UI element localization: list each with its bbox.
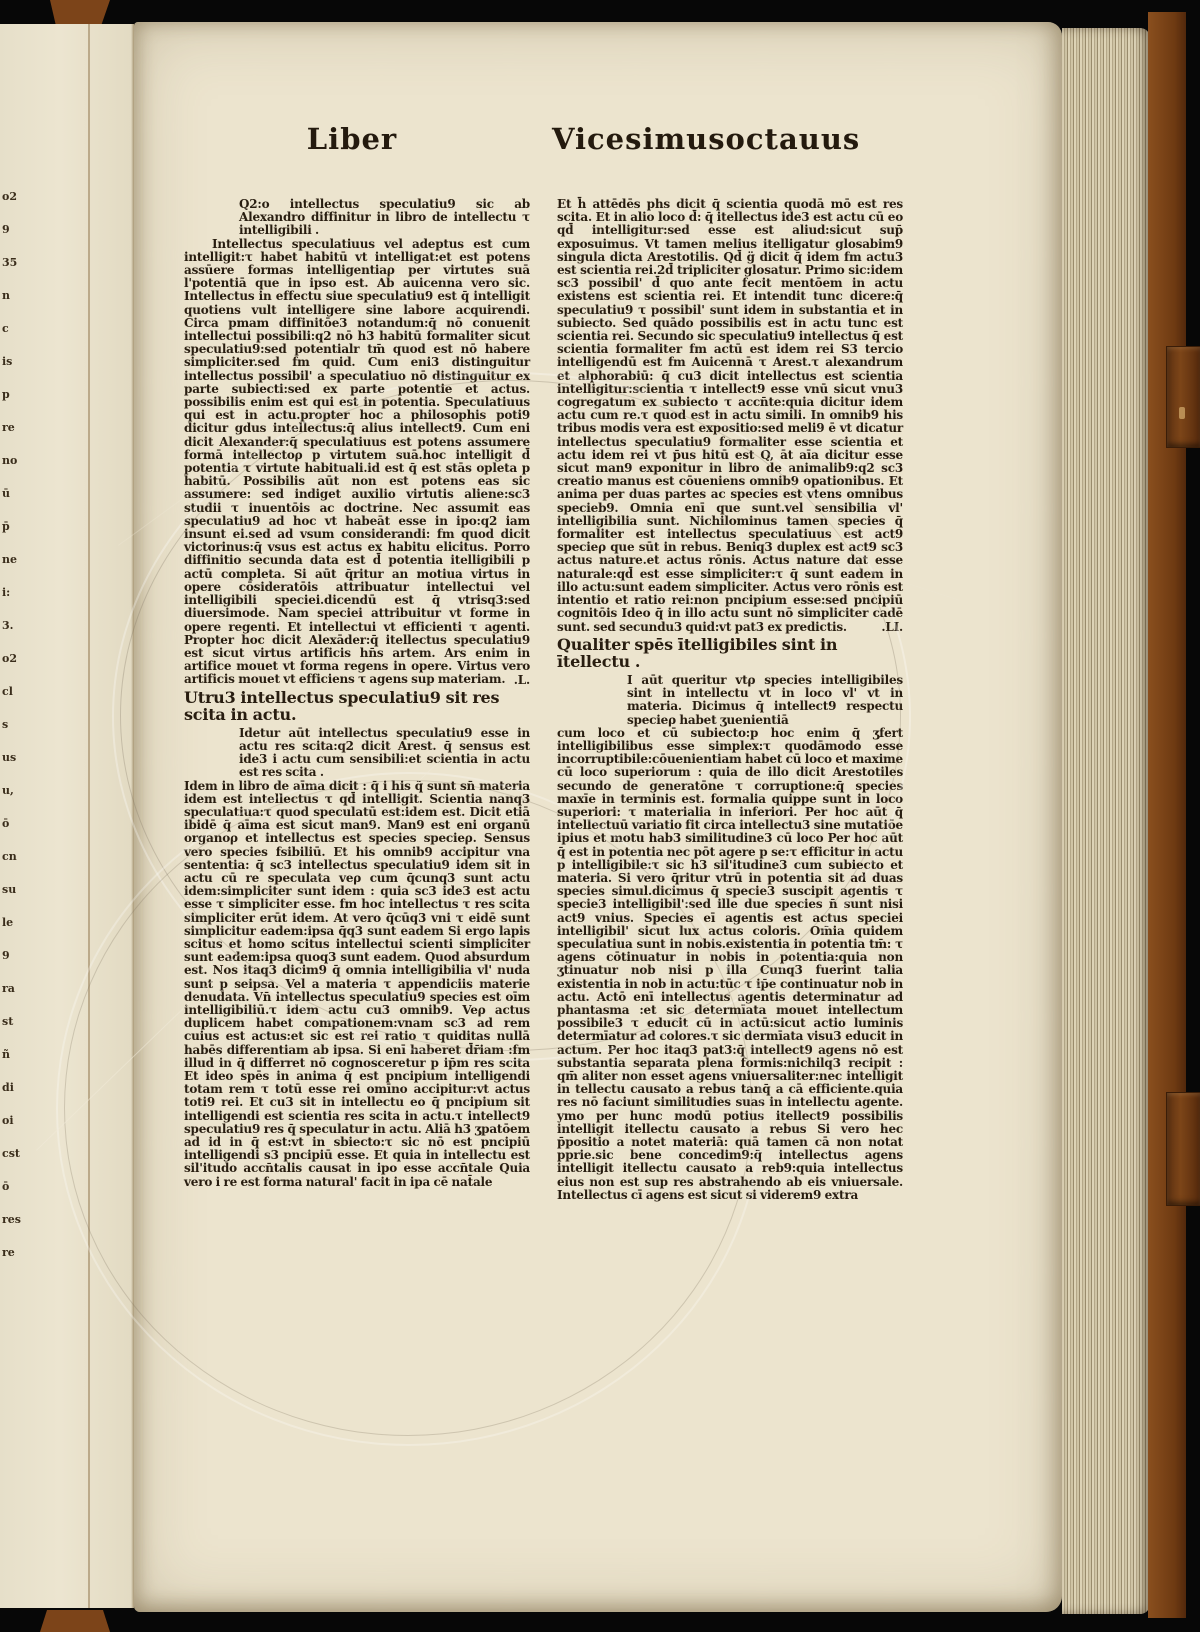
text-fragment: ra bbox=[2, 972, 28, 1005]
text-fragment: cl bbox=[2, 675, 28, 708]
text-fragment: ñ bbox=[2, 1038, 28, 1071]
text-fragment: 9 bbox=[2, 939, 28, 972]
book-clasp bbox=[1166, 1092, 1200, 1206]
book-page: Liber Vicesimusoctauus Q2:o intellectus … bbox=[134, 22, 1062, 1612]
text-fragment: cn bbox=[2, 840, 28, 873]
text-paragraph: Idem in libro de aīma dicit : q̄ i his q… bbox=[184, 780, 530, 1189]
text-fragment: us bbox=[2, 741, 28, 774]
text-fragment: st bbox=[2, 1005, 28, 1038]
running-header-liber: Liber bbox=[262, 122, 442, 156]
text-paragraph: cum loco et cū subiecto:p hoc enim q̄ ʒf… bbox=[557, 727, 903, 1202]
book-clasp bbox=[1166, 346, 1200, 448]
text-fragment: oi bbox=[2, 1104, 28, 1137]
section-heading: Utru3 intellectus speculatiu9 sit res sc… bbox=[184, 689, 530, 724]
text-fragment: su bbox=[2, 873, 28, 906]
section-heading: Qualiter spēs ītelligibiles sint in ītel… bbox=[557, 636, 903, 671]
text-column-right: Et h̄ attēdēs phs dicit q̄ scientia quod… bbox=[557, 198, 903, 1202]
text-fragment: c bbox=[2, 312, 28, 345]
text-paragraph: Q2:o intellectus speculatiu9 sic ab Alex… bbox=[239, 198, 530, 238]
text-fragment: 35 bbox=[2, 246, 28, 279]
text-fragment: u, bbox=[2, 774, 28, 807]
text-fragment: is bbox=[2, 345, 28, 378]
text-fragment: p̄ bbox=[2, 510, 28, 543]
text-fragment: re bbox=[2, 411, 28, 444]
text-fragment: cst bbox=[2, 1137, 28, 1170]
text-fragment: ne bbox=[2, 543, 28, 576]
text-fragment: o2 bbox=[2, 642, 28, 675]
text-fragment: o2 bbox=[2, 180, 28, 213]
text-fragment: ō bbox=[2, 1170, 28, 1203]
photograph-background: o2935ncisprenoūp̄nei:3.o2clsusu,ōcnsule9… bbox=[0, 0, 1200, 1632]
text-fragment: ū bbox=[2, 477, 28, 510]
page-fold-line bbox=[88, 24, 90, 1608]
text-fragment: p bbox=[2, 378, 28, 411]
text-fragment: s bbox=[2, 708, 28, 741]
text-paragraph: Idetur aūt intellectus speculatiu9 esse … bbox=[239, 727, 530, 780]
facing-page-edge: o2935ncisprenoūp̄nei:3.o2clsusu,ōcnsule9… bbox=[0, 24, 134, 1608]
binding-board-edge bbox=[1148, 12, 1186, 1618]
text-fragment: res bbox=[2, 1203, 28, 1236]
text-fragment: 3. bbox=[2, 609, 28, 642]
clasp-pin bbox=[1179, 407, 1185, 419]
fore-edge-page-stack bbox=[1062, 28, 1150, 1614]
text-fragment: no bbox=[2, 444, 28, 477]
text-fragment: re bbox=[2, 1236, 28, 1269]
text-fragment: ō bbox=[2, 807, 28, 840]
text-paragraph: Et h̄ attēdēs phs dicit q̄ scientia quod… bbox=[557, 198, 903, 634]
text-fragment: n bbox=[2, 279, 28, 312]
running-header-chapter: Vicesimusoctauus bbox=[552, 122, 802, 156]
text-fragment: le bbox=[2, 906, 28, 939]
text-fragment: i: bbox=[2, 576, 28, 609]
text-paragraph: Intellectus speculatiuus vel adeptus est… bbox=[184, 238, 530, 687]
text-paragraph: I aūt queritur vtρ species intelligibile… bbox=[627, 674, 903, 727]
text-column-left: Q2:o intellectus speculatiu9 sic ab Alex… bbox=[184, 198, 530, 1189]
binding-leather-sliver bbox=[40, 1610, 110, 1632]
text-fragment: di bbox=[2, 1071, 28, 1104]
binding-leather-sliver bbox=[50, 0, 110, 26]
facing-page-text-fragments: o2935ncisprenoūp̄nei:3.o2clsusu,ōcnsule9… bbox=[2, 180, 28, 1269]
text-fragment: 9 bbox=[2, 213, 28, 246]
